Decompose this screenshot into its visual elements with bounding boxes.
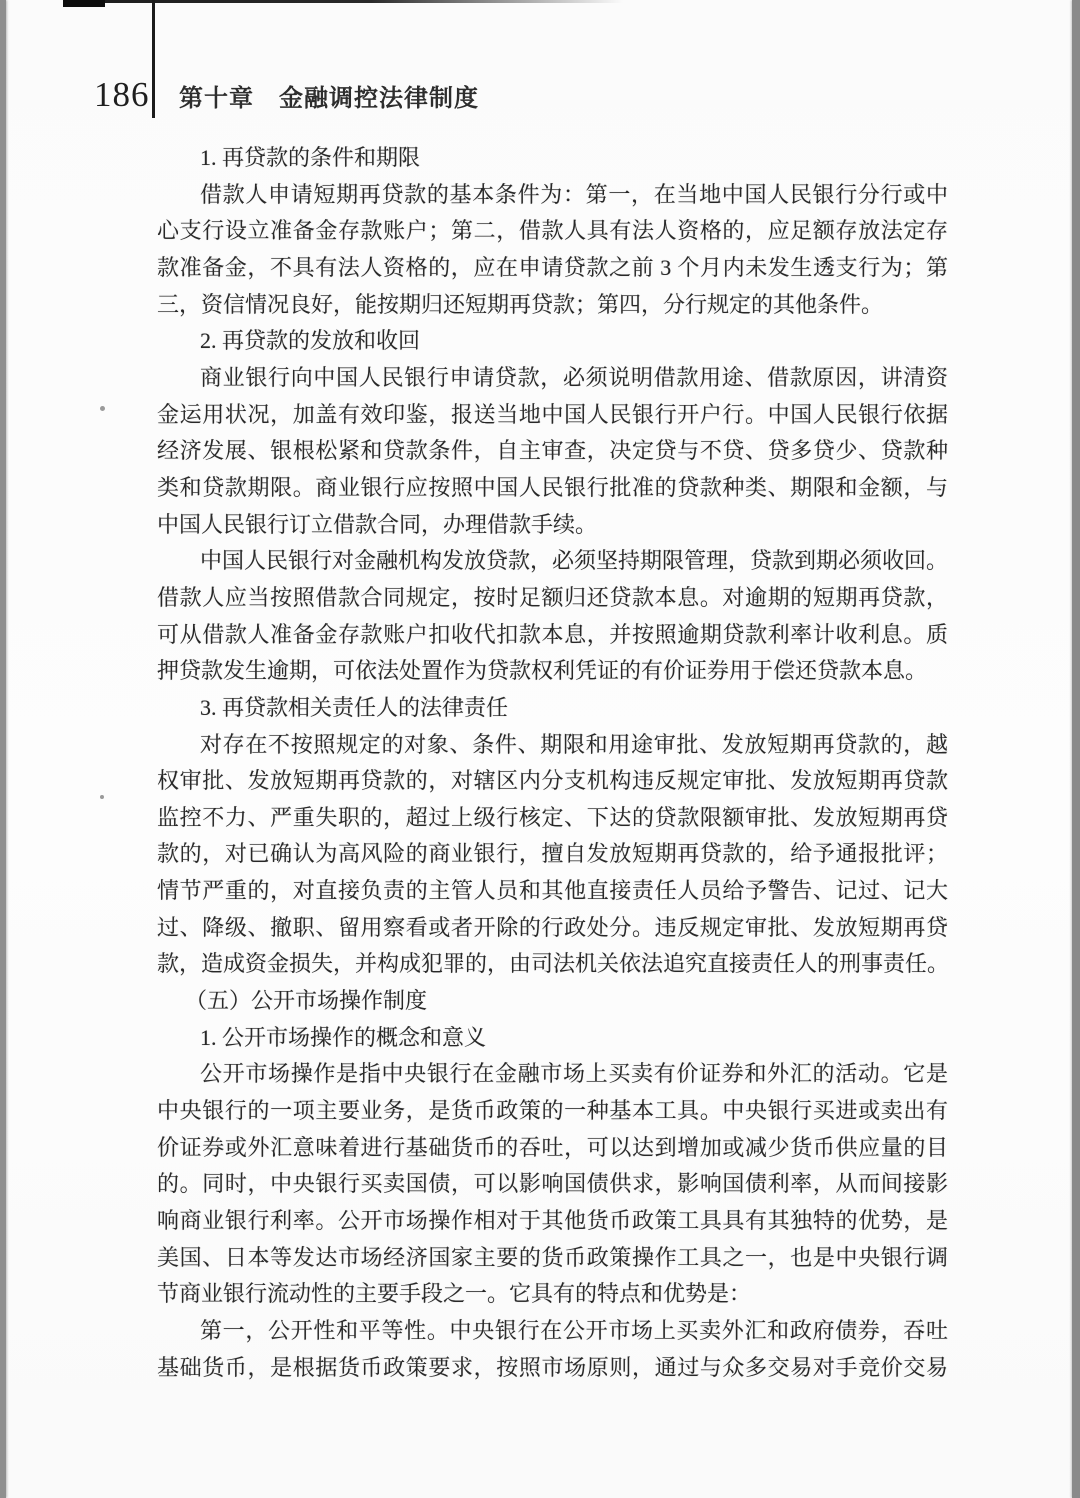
text-line: 商业银行向中国人民银行申请贷款，必须说明借款用途、借款原因，讲清资: [157, 360, 948, 397]
text-line: 监控不力、严重失职的，超过上级行核定、下达的贷款限额审批、发放短期再贷: [157, 800, 948, 837]
text-line: 款的，对已确认为高风险的商业银行，擅自发放短期再贷款的，给予通报批评；: [157, 836, 948, 873]
text-line: 三，资信情况良好，能按期归还短期再贷款；第四，分行规定的其他条件。: [157, 287, 948, 324]
text-line: 借款人申请短期再贷款的基本条件为：第一，在当地中国人民银行分行或中: [157, 177, 948, 214]
chapter-title: 第十章 金融调控法律制度: [179, 84, 479, 114]
scan-edge-left: [0, 0, 6, 1498]
page-number: 186: [94, 76, 150, 114]
text-line: 经济发展、银根松紧和贷款条件，自主审查，决定贷与不贷、贷多贷少、贷款种: [157, 433, 948, 470]
text-line: 响商业银行利率。公开市场操作相对于其他货币政策工具具有其独特的优势，是: [157, 1203, 948, 1240]
text-line: 2. 再贷款的发放和收回: [157, 323, 948, 360]
book-page-scan: 186 第十章 金融调控法律制度 1. 再贷款的条件和期限借款人申请短期再贷款的…: [0, 0, 1080, 1498]
text-line: 金运用状况，加盖有效印鉴，报送当地中国人民银行开户行。中国人民银行依据: [157, 397, 948, 434]
text-line: 1. 公开市场操作的概念和意义: [157, 1020, 948, 1057]
text-line: 权审批、发放短期再贷款的，对辖区内分支机构违反规定审批、发放短期再贷款: [157, 763, 948, 800]
text-line: 可从借款人准备金存款账户扣收代扣款本息，并按照逾期贷款利率计收利息。质: [157, 617, 948, 654]
scan-speck: [100, 406, 105, 411]
text-line: 中国人民银行对金融机构发放贷款，必须坚持期限管理，贷款到期必须收回。: [157, 543, 948, 580]
text-line: 中国人民银行订立借款合同，办理借款手续。: [157, 507, 948, 544]
text-line: 过、降级、撤职、留用察看或者开除的行政处分。违反规定审批、发放短期再贷: [157, 910, 948, 947]
header-divider-line: [152, 0, 155, 118]
text-line: 1. 再贷款的条件和期限: [157, 140, 948, 177]
top-rule: [63, 0, 623, 3]
text-line: 的。同时，中央银行买卖国债，可以影响国债供求，影响国债利率，从而间接影: [157, 1166, 948, 1203]
text-line: 节商业银行流动性的主要手段之一。它具有的特点和优势是：: [157, 1276, 948, 1313]
text-line: 第一，公开性和平等性。中央银行在公开市场上买卖外汇和政府债券，吞吐: [157, 1313, 948, 1350]
text-line: 类和贷款期限。商业银行应按照中国人民银行批准的贷款种类、期限和金额，与: [157, 470, 948, 507]
text-line: （五）公开市场操作制度: [157, 983, 948, 1020]
scan-speck: [100, 795, 104, 799]
text-line: 公开市场操作是指中央银行在金融市场上买卖有价证券和外汇的活动。它是: [157, 1056, 948, 1093]
body-text-block: 1. 再贷款的条件和期限借款人申请短期再贷款的基本条件为：第一，在当地中国人民银…: [157, 140, 948, 1386]
text-line: 情节严重的，对直接负责的主管人员和其他直接责任人员给予警告、记过、记大: [157, 873, 948, 910]
text-line: 对存在不按照规定的对象、条件、期限和用途审批、发放短期再贷款的，越: [157, 727, 948, 764]
text-line: 价证券或外汇意味着进行基础货币的吞吐，可以达到增加或减少货币供应量的目: [157, 1130, 948, 1167]
scan-edge-right: [1072, 0, 1080, 1498]
text-line: 美国、日本等发达市场经济国家主要的货币政策操作工具之一，也是中央银行调: [157, 1240, 948, 1277]
text-line: 款，造成资金损失，并构成犯罪的，由司法机关依法追究直接责任人的刑事责任。: [157, 946, 948, 983]
text-line: 中央银行的一项主要业务，是货币政策的一种基本工具。中央银行买进或卖出有: [157, 1093, 948, 1130]
text-line: 借款人应当按照借款合同规定，按时足额归还贷款本息。对逾期的短期再贷款，: [157, 580, 948, 617]
top-rule-thick-segment: [63, 0, 105, 7]
text-line: 基础货币，是根据货币政策要求，按照市场原则，通过与众多交易对手竞价交易: [157, 1350, 948, 1387]
text-line: 3. 再贷款相关责任人的法律责任: [157, 690, 948, 727]
text-line: 押贷款发生逾期，可依法处置作为贷款权利凭证的有价证券用于偿还贷款本息。: [157, 653, 948, 690]
text-line: 款准备金，不具有法人资格的，应在申请贷款之前 3 个月内未发生透支行为；第: [157, 250, 948, 287]
text-line: 心支行设立准备金存款账户；第二，借款人具有法人资格的，应足额存放法定存: [157, 213, 948, 250]
